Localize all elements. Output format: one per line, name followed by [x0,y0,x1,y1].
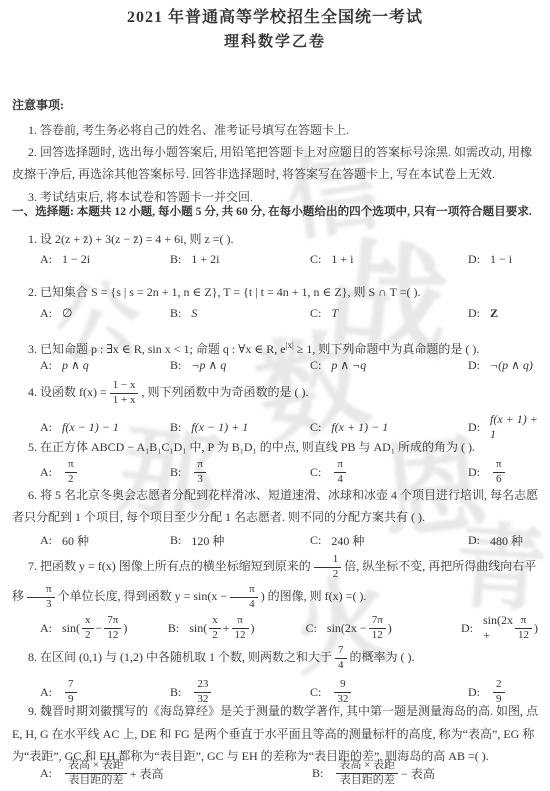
fraction: π4 [230,584,258,611]
option-label: B: [170,358,181,373]
question-3: 3. 已知命题 p : ∃x ∈ R, sin x < 1; 命题 q : ∀x… [12,334,538,360]
fraction: π4 [334,459,346,486]
option-label: B: [170,465,181,480]
option-label: C: [310,358,321,373]
option-label: C: [310,465,321,480]
q9-option-b: B:表高 × 表距表目距的差− 表高 [312,760,538,787]
fraction-numerator: π [65,459,77,473]
question-1: 1. 设 2(z + z̄) + 3(z − z̄) = 4 + 6i, 则 z… [12,228,538,250]
q4-text-2: , 则下列函数中为奇函数的是 ( ). [141,385,308,399]
option-label: A: [40,621,52,636]
exam-paper-page: 信 战 公 数 那 恩 青 火 2021 年普通高等学校招生全国统一考试 理科数… [0,0,550,791]
q7-option-c: C:sin(2x −7π12) [306,615,461,642]
q2-option-c: C:T [310,306,468,321]
option-value: 60 种 [62,532,89,549]
fraction-numerator: 7π [369,615,386,629]
question-3-options: A:p ∧ q B:¬p ∧ q C:p ∧ ¬q D:¬(p ∧ q) [12,358,538,373]
option-label: C: [306,621,317,636]
q1-option-c: C:1 + i [310,252,468,267]
option-label: B: [170,252,181,267]
question-2-options: A:∅ B:S C:T D:Z [12,306,538,321]
q6-option-a: A:60 种 [40,532,170,549]
q5-option-c: C:π4 [310,459,468,486]
option-label: C: [310,420,321,435]
page-subtitle: 理科数学乙卷 [12,30,538,51]
q3-option-d: D:¬(p ∧ q) [468,358,538,373]
q3-option-b: B:¬p ∧ q [170,358,310,373]
option-label: C: [310,252,321,267]
option-label: B: [170,306,181,321]
fraction: 1 − x1 + x [110,380,139,407]
option-value: f(x − 1) + 1 [191,420,248,435]
operator: − [96,621,103,636]
option-label: D: [468,420,480,435]
option-value: p ∧ ¬q [331,358,366,373]
q6-option-b: B:120 种 [170,532,310,549]
q9-option-a: A:表高 × 表距表目距的差+ 表高 [40,760,312,787]
fraction-denominator: 2 [314,568,342,581]
fraction: π3 [194,459,206,486]
fraction: 表高 × 表距表目距的差 [336,760,398,787]
fraction-denominator: 12 [104,629,121,642]
fraction-denominator: 3 [27,598,55,611]
question-6-options: A:60 种 B:120 种 C:240 种 D:480 种 [12,532,538,549]
q1-option-d: D:1 − i [468,252,538,267]
question-4: 4. 设函数 f(x) =1 − x1 + x, 则下列函数中为奇函数的是 ( … [12,380,538,407]
option-label: B: [168,621,179,636]
fraction: 7π12 [104,615,121,642]
option-label: B: [312,766,323,781]
option-value: T [331,306,338,321]
fraction-numerator: 23 [194,679,211,693]
q3-text-2: ≥ 1, 则下列命题中为真命题的是 ( ). [294,342,480,356]
fraction-numerator: π [230,584,258,598]
option-label: A: [40,766,52,781]
option-label: B: [170,420,181,435]
option-label: B: [170,533,181,548]
fraction-numerator: 1 − x [110,380,139,394]
q2-option-a: A:∅ [40,306,170,321]
notice-item-2: 2. 回答选择题时, 选出每小题答案后, 用铅笔把答题卡上对应题目的答案标号涂黑… [12,141,538,185]
option-label: A: [40,358,52,373]
q2-option-d: D:Z [468,306,538,321]
question-8: 8. 在区间 (0,1) 与 (1,2) 中各随机取 1 个数, 则两数之和大于… [12,645,538,672]
option-value: ) [388,621,392,636]
option-label: D: [468,685,480,700]
option-value: 1 − i [490,252,512,267]
fraction-numerator: x [209,615,221,629]
option-label: D: [461,621,473,636]
fraction: 74 [335,645,347,672]
fraction-denominator: 12 [232,629,249,642]
option-label: A: [40,252,52,267]
option-value: ) [123,621,127,636]
question-9-options: A:表高 × 表距表目距的差+ 表高 B:表高 × 表距表目距的差− 表高 [12,756,538,790]
q7-option-a: A:sin(x2−7π12) [40,615,168,642]
fraction-denominator: 12 [369,629,386,642]
option-label: D: [468,533,480,548]
option-value: ) [251,621,255,636]
fraction-numerator: 7π [104,615,121,629]
fraction-numerator: 表高 × 表距 [65,760,127,774]
option-value: 120 种 [191,532,224,549]
option-value: f(x − 1) − 1 [62,420,119,435]
option-value: sin( [189,621,207,636]
q7-option-d: D:sin(2x +π12) [461,613,538,643]
fraction-numerator: π [232,615,249,629]
q1-option-a: A:1 − 2i [40,252,170,267]
fraction-numerator: π [334,459,346,473]
fraction: π2 [65,459,77,486]
exam-content: 2021 年普通高等学校招生全国统一考试 理科数学乙卷 注意事项: 1. 答卷前… [0,0,550,791]
option-value: ∅ [62,306,72,321]
fraction-numerator: π [194,459,206,473]
option-label: C: [310,533,321,548]
q4-text-1: 4. 设函数 f(x) = [28,385,107,399]
q8-text-1: 8. 在区间 (0,1) 与 (1,2) 中各随机取 1 个数, 则两数之和大于 [28,650,332,664]
fraction-numerator: 7 [65,679,77,693]
option-value: Z [490,306,498,321]
fraction-numerator: 2 [493,679,505,693]
fraction-denominator: 表目距的差 [336,774,398,787]
option-label: D: [468,465,480,480]
section-header: 一、选择题: 本题共 12 小题, 每小题 5 分, 共 60 分, 在每小题给… [12,203,538,219]
fraction: π12 [232,615,249,642]
option-value: 1 + i [331,252,353,267]
question-7-options: A:sin(x2−7π12) B:sin(x2+π12) C:sin(2x −7… [12,612,538,644]
option-value: ¬(p ∧ q) [490,358,533,373]
page-title: 2021 年普通高等学校招生全国统一考试 [12,4,538,27]
option-value: f(x + 1) − 1 [331,420,388,435]
option-value: sin(2x + [483,613,513,643]
q4-option-c: C:f(x + 1) − 1 [310,420,468,435]
question-1-options: A:1 − 2i B:1 + 2i C:1 + i D:1 − i [12,252,538,267]
option-label: D: [468,252,480,267]
option-label: B: [170,685,181,700]
option-value: p ∧ q [62,358,89,373]
question-7: 7. 把函数 y = f(x) 图像上所有点的横坐标缩短到原来的12倍, 纵坐标… [12,551,538,611]
option-label: D: [468,358,480,373]
fraction: 表高 × 表距表目距的差 [65,760,127,787]
option-value: 1 − 2i [62,252,90,267]
fraction-denominator: 表目距的差 [65,774,127,787]
q7-text-4: ) 的图像, 则 f(x) =( ). [261,589,367,603]
q5-option-d: D:π6 [468,459,538,486]
fraction: π6 [493,459,505,486]
notice-heading: 注意事项: [12,96,538,113]
q7-text-3: 个单位长度, 得到函数 y = sin(x − [58,589,228,603]
fraction: x2 [82,615,94,642]
q6-option-d: D:480 种 [468,532,538,549]
fraction: π3 [27,584,55,611]
fraction-numerator: 1 [314,554,342,568]
option-value: ¬p ∧ q [191,358,226,373]
fraction: 7π12 [369,615,386,642]
q6-option-c: C:240 种 [310,532,468,549]
question-2: 2. 已知集合 S = {s | s = 2n + 1, n ∈ Z}, T =… [12,281,538,303]
fraction-denominator: 4 [335,659,347,672]
option-suffix: + 表高 [130,765,164,782]
option-label: D: [468,306,480,321]
operator: + [223,621,230,636]
q7-text-1: 7. 把函数 y = f(x) 图像上所有点的横坐标缩短到原来的 [28,559,311,573]
fraction-denominator: 4 [230,598,258,611]
q3-superscript: |x| [286,340,294,350]
q4-option-b: B:f(x − 1) + 1 [170,420,310,435]
fraction-numerator: 表高 × 表距 [336,760,398,774]
option-value: S [191,306,197,321]
fraction-numerator: x [82,615,94,629]
q1-option-b: B:1 + 2i [170,252,310,267]
option-label: A: [40,420,52,435]
q3-option-c: C:p ∧ ¬q [310,358,468,373]
fraction-numerator: 7 [335,645,347,659]
fraction-denominator: 12 [515,629,532,642]
option-label: C: [310,685,321,700]
fraction: 12 [314,554,342,581]
question-6: 6. 将 5 名北京冬奥会志愿者分配到花样滑冰、短道速滑、冰球和冰壶 4 个项目… [12,484,538,528]
fraction-denominator: 1 + x [110,394,139,407]
fraction-numerator: π [515,615,532,629]
q4-option-a: A:f(x − 1) − 1 [40,420,170,435]
option-value: 1 + 2i [191,252,219,267]
option-value: 480 种 [490,532,523,549]
fraction-denominator: 2 [82,629,94,642]
q5-option-a: A:π2 [40,459,170,486]
q3-text-1: 3. 已知命题 p : ∃x ∈ R, sin x < 1; 命题 q : ∀x… [28,342,286,356]
q3-option-a: A:p ∧ q [40,358,170,373]
option-value: 240 种 [331,532,364,549]
option-value: sin( [62,621,80,636]
q5-option-b: B:π3 [170,459,310,486]
option-label: A: [40,533,52,548]
fraction: x2 [209,615,221,642]
option-value: sin(2x − [327,621,367,636]
notice-item-1: 1. 答卷前, 考生务必将自己的姓名、准考证号填写在答题卡上. [12,119,538,141]
option-suffix: − 表高 [401,765,435,782]
q7-option-b: B:sin(x2+π12) [168,615,306,642]
fraction-denominator: 2 [209,629,221,642]
option-label: A: [40,306,52,321]
fraction-numerator: 9 [334,679,351,693]
option-label: A: [40,465,52,480]
option-value: ) [534,621,538,636]
fraction-numerator: π [493,459,505,473]
fraction: π12 [515,615,532,642]
option-label: C: [310,306,321,321]
option-label: A: [40,685,52,700]
q2-option-b: B:S [170,306,310,321]
question-5: 5. 在正方体 ABCD − A₁B₁C₁D₁ 中, P 为 B₁D₁ 的中点,… [12,436,538,458]
q8-text-2: 的概率为 ( ). [350,650,415,664]
fraction-numerator: π [27,584,55,598]
